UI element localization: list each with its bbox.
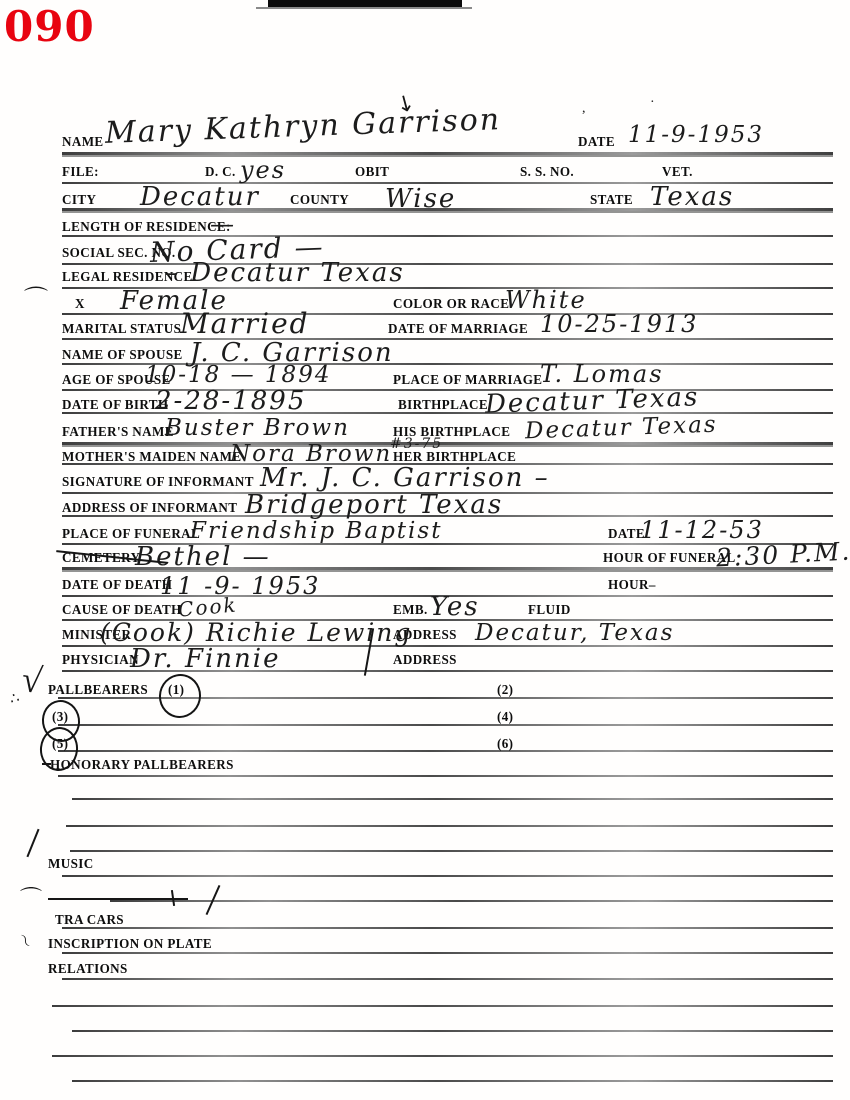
circle-around-1 bbox=[155, 670, 205, 722]
rule-line bbox=[58, 775, 833, 777]
state-value: Texas bbox=[650, 184, 734, 210]
rule-line bbox=[62, 152, 833, 155]
pallbearers-label: PALLBEARERS bbox=[48, 682, 148, 698]
physician-value: Dr. Finnie bbox=[130, 646, 281, 672]
pallbearer-4-label: (4) bbox=[497, 709, 513, 725]
check-mark: √ bbox=[20, 661, 45, 699]
name-label: NAME bbox=[62, 134, 104, 150]
dc-value: yes bbox=[240, 158, 286, 182]
cemetery-value: Bethel — bbox=[135, 544, 271, 570]
emb-label: EMB. bbox=[393, 602, 428, 618]
vet-label: VET. bbox=[662, 164, 693, 180]
rule-line bbox=[110, 900, 833, 902]
length-of-residence-label: LENGTH OF RESIDENCE: bbox=[62, 219, 231, 235]
date-of-death-value: 11 -9- 1953 bbox=[160, 574, 320, 598]
pallbearer-6-label: (6) bbox=[497, 736, 513, 752]
date-of-birth-value: 2-28-1895 bbox=[155, 388, 306, 414]
curve-mark: ⌒ bbox=[24, 288, 48, 312]
ssno-label: S. S. NO. bbox=[520, 164, 574, 180]
hand-stroke-mark bbox=[48, 898, 188, 900]
music-label: MUSIC bbox=[48, 856, 94, 872]
county-value: Wise bbox=[385, 186, 456, 212]
mothers-maiden-name-label: MOTHER'S MAIDEN NAME bbox=[62, 449, 241, 465]
date-of-marriage-label: DATE OF MARRIAGE bbox=[388, 321, 528, 337]
scan-black-bar bbox=[268, 0, 462, 7]
rule-line bbox=[62, 875, 833, 877]
marital-status-label: MARITAL STATUS bbox=[62, 321, 181, 337]
red-index-stamp: 090 bbox=[4, 2, 95, 51]
minister-address-value: Decatur, Texas bbox=[475, 622, 674, 645]
obit-label: OBIT bbox=[355, 164, 389, 180]
hour-label: HOUR– bbox=[608, 577, 656, 593]
sex-label: X bbox=[75, 296, 85, 312]
fathers-name-label: FATHER'S NAME bbox=[62, 424, 174, 440]
color-or-race-value: White bbox=[505, 288, 587, 312]
stray-dot-mark: · bbox=[650, 96, 655, 110]
address-of-informant-label: ADDRESS OF INFORMANT bbox=[62, 500, 237, 516]
signature-of-informant-label: SIGNATURE OF INFORMANT bbox=[62, 474, 254, 490]
date-of-birth-label: DATE OF BIRTH bbox=[62, 397, 168, 413]
extra-cars-label: TRA CARS bbox=[55, 912, 124, 928]
emb-value: Yes bbox=[430, 594, 480, 620]
scanned-form-page: 090 NAME DATE FILE: D. C. OBIT S. S. NO.… bbox=[0, 0, 850, 1100]
rule-line bbox=[72, 1030, 833, 1032]
relations-label: RELATIONS bbox=[48, 961, 128, 977]
margin-note-value: #3-75 bbox=[390, 437, 443, 451]
state-label: STATE bbox=[590, 192, 633, 208]
rule-line bbox=[62, 442, 833, 445]
marital-status-value: Married bbox=[180, 310, 310, 338]
pallbearer-2-label: (2) bbox=[497, 682, 513, 698]
rule-line bbox=[62, 952, 833, 954]
physician-label: PHYSICIAN bbox=[62, 652, 139, 668]
stray-dot-mark: , bbox=[582, 102, 586, 116]
stroke-before-music-mark bbox=[26, 829, 39, 858]
dash-before-honorary-mark bbox=[42, 763, 51, 765]
fathers-name-value: Buster Brown bbox=[165, 417, 350, 440]
county-label: COUNTY bbox=[290, 192, 349, 208]
hook-before-inscription-mark: 〜 bbox=[13, 931, 33, 952]
rule-line bbox=[58, 724, 833, 726]
inscription-on-plate-label: INSCRIPTION ON PLATE bbox=[48, 936, 212, 952]
date-of-marriage-value: 10-25-1913 bbox=[540, 312, 698, 336]
place-of-marriage-value: T. Lomas bbox=[540, 362, 664, 386]
hour-of-funeral-value: 2:30 P.M. bbox=[715, 538, 850, 570]
rule-line bbox=[58, 750, 833, 752]
physician-address-label: ADDRESS bbox=[393, 652, 457, 668]
rule-line bbox=[62, 927, 833, 929]
fluid-label: FLUID bbox=[528, 602, 571, 618]
minister-value: (Cook) Richie Lewing bbox=[100, 620, 412, 645]
rule-line bbox=[72, 1080, 833, 1082]
honorary-pallbearers-label: HONORARY PALLBEARERS bbox=[50, 757, 234, 773]
rule-line bbox=[62, 338, 833, 340]
birthplace-label: BIRTHPLACE bbox=[398, 397, 488, 413]
age-of-spouse-value: 10-18 — 1894 bbox=[145, 364, 331, 387]
color-or-race-label: COLOR OR RACE bbox=[393, 296, 509, 312]
rule-line bbox=[52, 1055, 833, 1057]
curve-above-extra-cars-mark: ⌒ bbox=[20, 888, 42, 910]
his-birthplace-value: Decatur Texas bbox=[525, 414, 718, 444]
legal-residence-value: – Decatur Texas bbox=[165, 260, 405, 286]
cause-of-death-label: CAUSE OF DEATH bbox=[62, 602, 182, 618]
place-of-funeral-value: Friendship Baptist bbox=[190, 520, 442, 543]
funeral-date-value: 11-12-53 bbox=[640, 518, 764, 542]
rule-line bbox=[62, 978, 833, 980]
dc-label: D. C. bbox=[205, 164, 236, 180]
date-label: DATE bbox=[578, 134, 615, 150]
date-of-death-label: DATE OF DEATH bbox=[62, 577, 172, 593]
file-label: FILE: bbox=[62, 164, 99, 180]
address-of-informant-value: Bridgeport Texas bbox=[245, 492, 503, 518]
place-of-funeral-label: PLACE OF FUNERAL bbox=[62, 526, 200, 542]
name-of-spouse-label: NAME OF SPOUSE bbox=[62, 347, 183, 363]
city-value: Decatur bbox=[140, 184, 260, 210]
rule-line bbox=[70, 850, 833, 852]
rule-line bbox=[66, 825, 833, 827]
scan-bar-shadow bbox=[256, 7, 472, 9]
place-of-marriage-label: PLACE OF MARRIAGE bbox=[393, 372, 542, 388]
rule-line bbox=[52, 1005, 833, 1007]
name-value: Mary Kathryn Garrison bbox=[105, 105, 502, 149]
signature-of-informant-value: Mr. J. C. Garrison – bbox=[260, 465, 550, 491]
city-label: CITY bbox=[62, 192, 96, 208]
date-value: 11-9-1953 bbox=[628, 124, 764, 147]
rule-line bbox=[72, 798, 833, 800]
cause-of-death-overwrite: Cook bbox=[177, 594, 238, 619]
